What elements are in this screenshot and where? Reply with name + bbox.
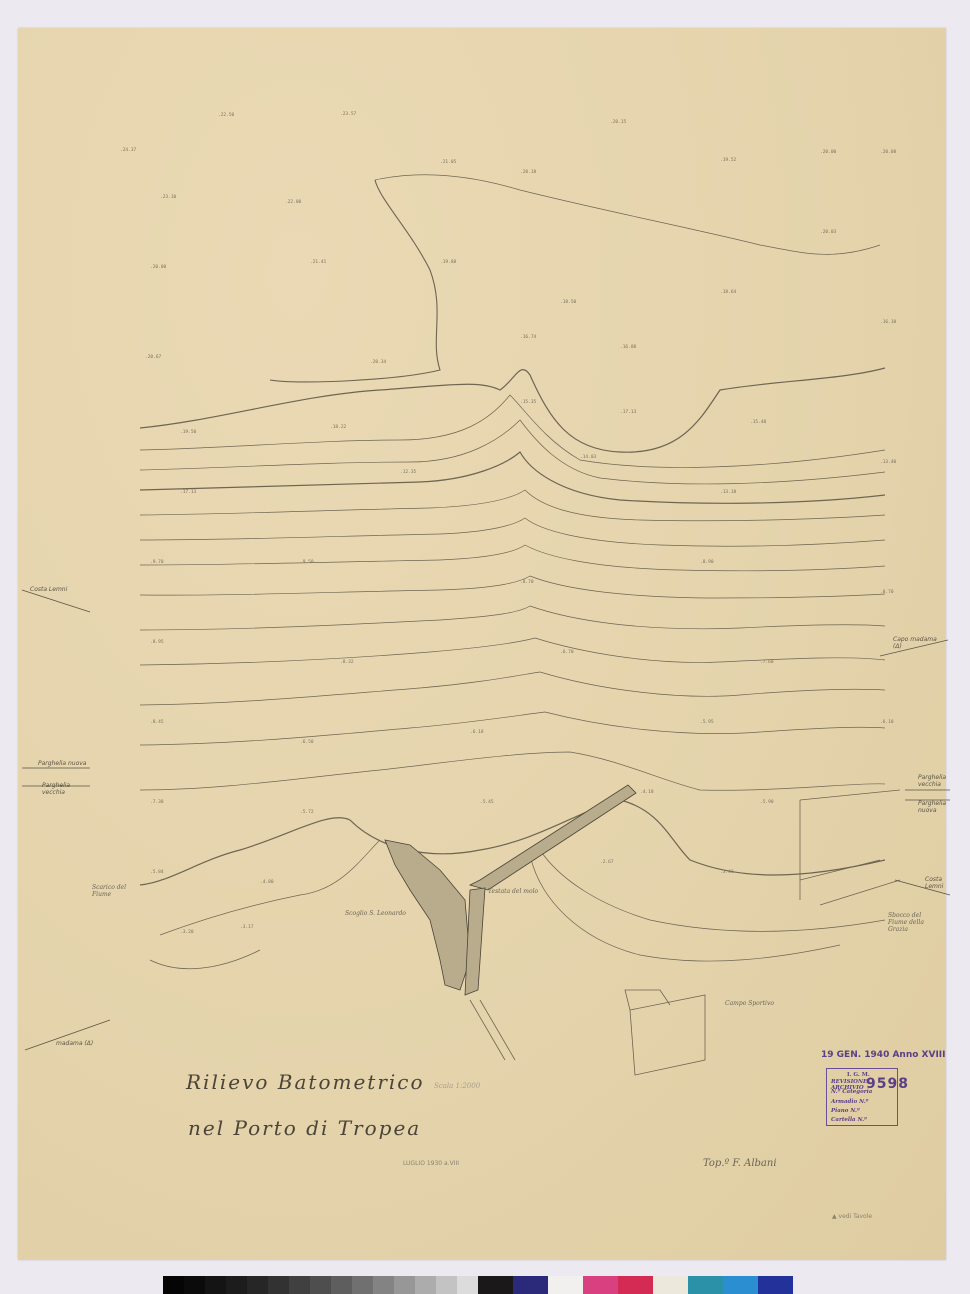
color-patch: [513, 1276, 548, 1294]
depth-sounding: .20.67: [145, 355, 161, 360]
depth-sounding: .15.40: [750, 420, 766, 425]
margin-label-costa-lemni-right: Costa Lemni: [925, 876, 955, 890]
gray-patch: [373, 1276, 394, 1294]
bottom-note: ▲ vedi Tavole: [832, 1213, 872, 1220]
depth-sounding: .23.10: [160, 195, 176, 200]
gray-patch: [436, 1276, 457, 1294]
depth-sounding: .15.35: [520, 400, 536, 405]
depth-sounding: .3.20: [180, 930, 194, 935]
map-title-line2: nel Porto di Tropea: [188, 1116, 421, 1140]
surveyor-name: Top.º F. Albani: [703, 1158, 777, 1169]
color-patch: [723, 1276, 758, 1294]
depth-sounding: .12.35: [400, 470, 416, 475]
depth-sounding: .6.18: [470, 730, 484, 735]
label-spiaggia: Scarico del Fiume: [92, 884, 132, 898]
depth-sounding: .24.37: [120, 148, 136, 153]
depth-sounding: .8.70: [520, 580, 534, 585]
color-patch: [758, 1276, 793, 1294]
color-patch: [618, 1276, 653, 1294]
depth-sounding: .8.70: [880, 590, 894, 595]
depth-sounding: .22.00: [285, 200, 301, 205]
label-molo: Testata del molo: [488, 888, 538, 895]
depth-sounding: .20.15: [610, 120, 626, 125]
color-patch: [653, 1276, 688, 1294]
depth-sounding: .20.34: [370, 360, 386, 365]
depth-sounding: .23.57: [340, 112, 356, 117]
depth-sounding: .6.10: [880, 720, 894, 725]
depth-sounding: .17.13: [180, 490, 196, 495]
margin-label-madama-left: madama (Δ): [56, 1040, 93, 1047]
depth-sounding: .3.17: [240, 925, 254, 930]
color-patch: [548, 1276, 583, 1294]
color-calibration-strip: [163, 1276, 793, 1294]
depth-sounding: .8.90: [700, 560, 714, 565]
archive-number: 9598: [866, 1076, 909, 1092]
margin-label-parghelia-nuova-right: Parghelia nuova: [918, 800, 958, 814]
depth-sounding: .3.43: [720, 870, 734, 875]
depth-sounding: .4.80: [260, 880, 274, 885]
depth-sounding: .20.08: [880, 150, 896, 155]
depth-sounding: .20.00: [150, 265, 166, 270]
gray-patch: [289, 1276, 310, 1294]
stamp-field-piano: Piano N.º: [831, 1108, 860, 1114]
depth-sounding: .18.22: [330, 425, 346, 430]
margin-label-parghelia-vecchia-right: Parghelia vecchia: [918, 774, 958, 788]
depth-sounding: .5.84: [150, 870, 164, 875]
depth-sounding: .19.88: [440, 260, 456, 265]
depth-sounding: .14.03: [580, 455, 596, 460]
depth-sounding: .19.52: [720, 158, 736, 163]
survey-date: LUGLIO 1930 a.VIII: [403, 1160, 459, 1167]
label-scoglio: Scoglio S. Leonardo: [345, 910, 406, 917]
stamp-field-armadio: Armadio N.º: [831, 1099, 868, 1105]
bathymetric-contours: [0, 0, 970, 1294]
depth-sounding: .17.13: [620, 410, 636, 415]
depth-sounding: .18.64: [720, 290, 736, 295]
gray-patch: [394, 1276, 415, 1294]
gray-patch: [184, 1276, 205, 1294]
gray-patch: [310, 1276, 331, 1294]
depth-sounding: .22.50: [218, 113, 234, 118]
archive-stamp-date: 19 GEN. 1940 Anno XVIII: [821, 1050, 946, 1060]
depth-sounding: .21.05: [440, 160, 456, 165]
color-patch: [688, 1276, 723, 1294]
margin-label-parghelia-nuova-left: Parghelia nuova: [38, 760, 87, 767]
depth-sounding: .8.32: [340, 660, 354, 665]
gray-patch: [163, 1276, 184, 1294]
color-patch: [583, 1276, 618, 1294]
depth-sounding: .5.45: [480, 800, 494, 805]
gray-patch: [205, 1276, 226, 1294]
depth-sounding: .5.90: [760, 800, 774, 805]
depth-sounding: .16.74: [520, 335, 536, 340]
margin-label-parghelia-vecchia-left: Parghelia vecchia: [42, 782, 82, 796]
depth-sounding: .20.18: [520, 170, 536, 175]
depth-sounding: .9.50: [300, 560, 314, 565]
depth-sounding: .21.41: [310, 260, 326, 265]
depth-sounding: .7.38: [150, 800, 164, 805]
depth-sounding: .9.70: [150, 560, 164, 565]
gray-patch: [352, 1276, 373, 1294]
depth-sounding: .6.50: [300, 740, 314, 745]
gray-patch: [226, 1276, 247, 1294]
map-scale: Scala 1:2000: [434, 1082, 480, 1090]
depth-sounding: .8.45: [150, 720, 164, 725]
label-campo: Campo Sportivo: [725, 1000, 774, 1007]
map-title-line1: Rilievo Batometrico: [186, 1070, 425, 1094]
gray-patch: [457, 1276, 478, 1294]
gray-patch: [268, 1276, 289, 1294]
depth-sounding: .2.67: [600, 860, 614, 865]
color-patch: [478, 1276, 513, 1294]
depth-sounding: .18.50: [560, 300, 576, 305]
label-sbocco: Sbocco del Fiume della Grazia: [888, 912, 928, 933]
depth-sounding: .13.40: [880, 460, 896, 465]
margin-label-costa-lemni-left: Costa Lemni: [30, 586, 67, 593]
stamp-field-cartella: Cartella N.º: [831, 1117, 867, 1123]
gray-patch: [247, 1276, 268, 1294]
margin-label-capo-madama-right: Capo madama (Δ): [893, 636, 943, 650]
depth-sounding: .20.03: [820, 230, 836, 235]
depth-sounding: .8.95: [150, 640, 164, 645]
depth-sounding: .5.72: [300, 810, 314, 815]
gray-patch: [331, 1276, 352, 1294]
depth-sounding: .16.88: [620, 345, 636, 350]
depth-sounding: .5.95: [700, 720, 714, 725]
gray-patch: [415, 1276, 436, 1294]
depth-sounding: .13.18: [720, 490, 736, 495]
depth-sounding: .20.00: [820, 150, 836, 155]
depth-sounding: .6.70: [560, 650, 574, 655]
depth-sounding: .19.50: [180, 430, 196, 435]
depth-sounding: .7.60: [760, 660, 774, 665]
depth-sounding: .16.10: [880, 320, 896, 325]
depth-sounding: .4.18: [640, 790, 654, 795]
